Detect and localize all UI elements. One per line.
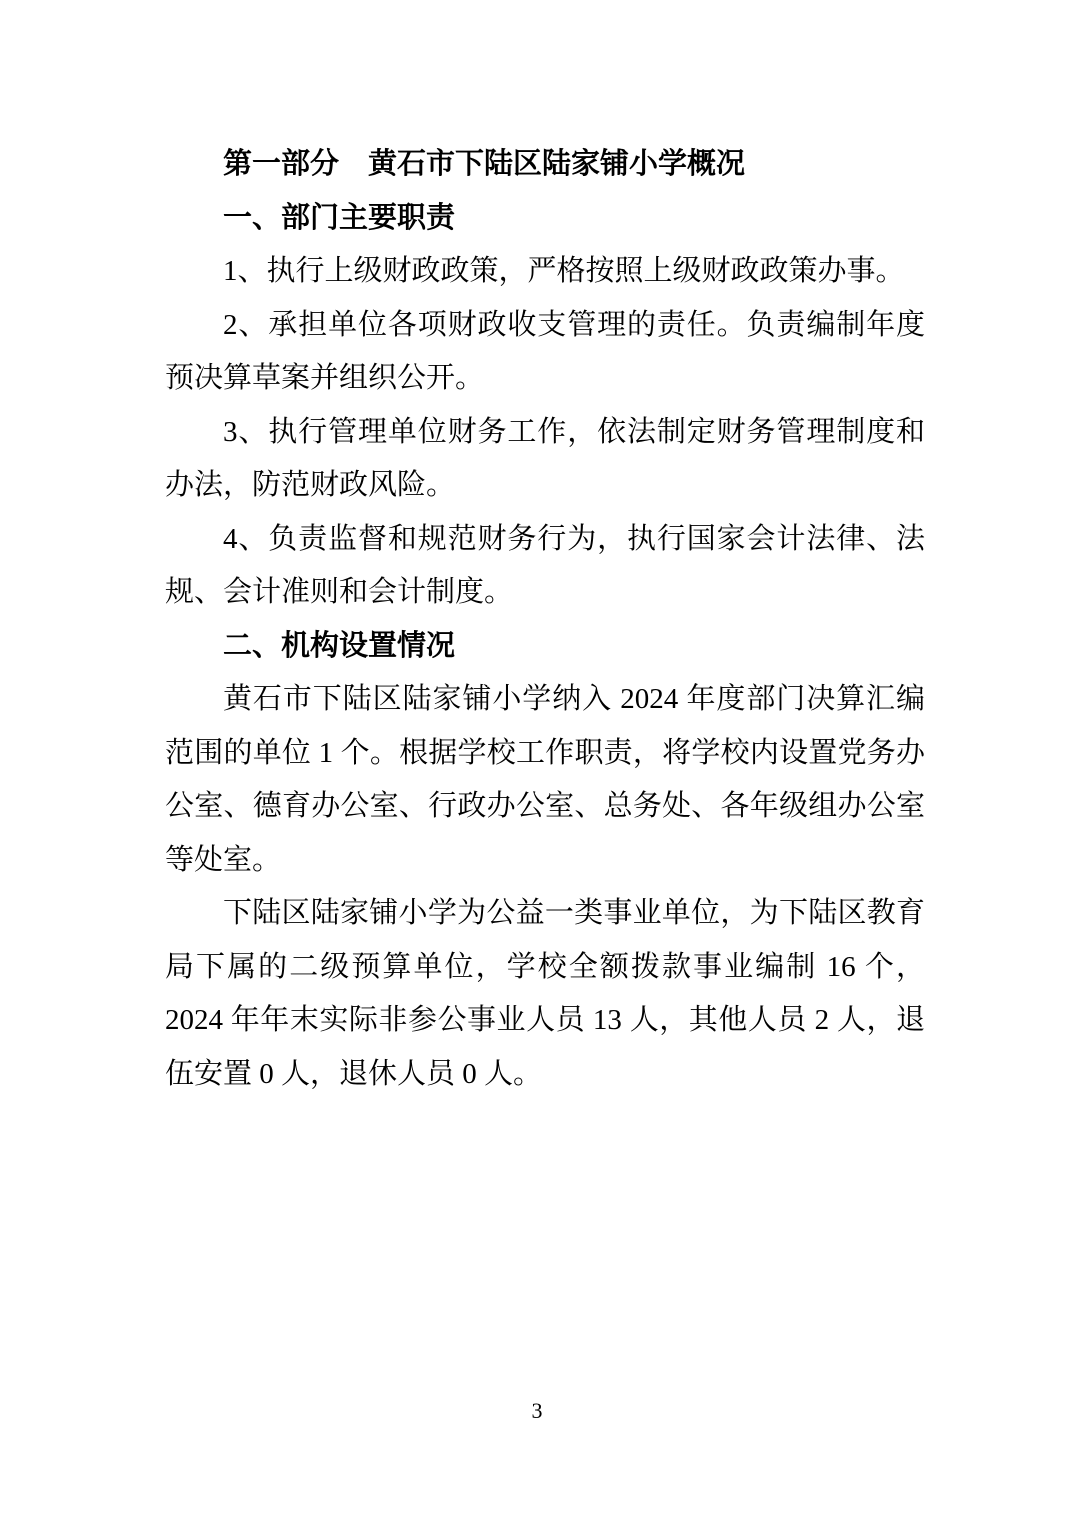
section-heading-duties: 一、部门主要职责 (165, 192, 925, 246)
paragraph-duty-4: 4、负责监督和规范财务行为，执行国家会计法律、法规、会计准则和会计制度。 (165, 513, 925, 620)
section-heading-organization: 二、机构设置情况 (165, 620, 925, 674)
paragraph-staffing: 下陆区陆家铺小学为公益一类事业单位，为下陆区教育局下属的二级预算单位，学校全额拨… (165, 887, 925, 1101)
paragraph-duty-2: 2、承担单位各项财政收支管理的责任。负责编制年度预决算草案并组织公开。 (165, 299, 925, 406)
document-page: 第一部分 黄石市下陆区陆家铺小学概况 一、部门主要职责 1、执行上级财政政策，严… (0, 0, 1074, 1520)
paragraph-duty-3: 3、执行管理单位财务工作，依法制定财务管理制度和办法，防范财政风险。 (165, 406, 925, 513)
part-title: 第一部分 黄石市下陆区陆家铺小学概况 (165, 138, 925, 192)
document-body: 第一部分 黄石市下陆区陆家铺小学概况 一、部门主要职责 1、执行上级财政政策，严… (165, 138, 925, 1101)
paragraph-organization-setup: 黄石市下陆区陆家铺小学纳入 2024 年度部门决算汇编范围的单位 1 个。根据学… (165, 673, 925, 887)
page-number: 3 (0, 1396, 1074, 1426)
paragraph-duty-1: 1、执行上级财政政策，严格按照上级财政政策办事。 (165, 245, 925, 299)
